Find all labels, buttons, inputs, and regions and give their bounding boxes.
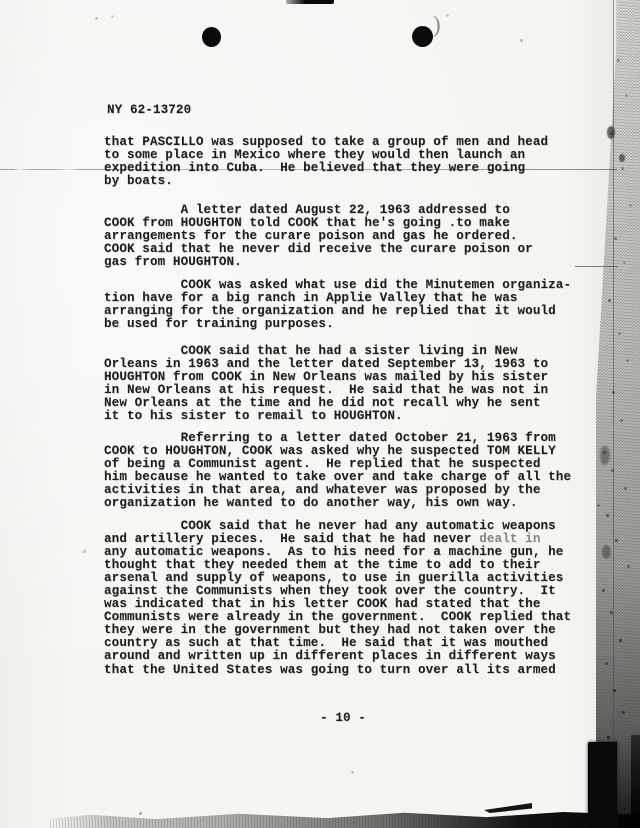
bottom-right-edge-ink bbox=[631, 735, 640, 828]
body-paragraph: that PASCILLO was supposed to take a gro… bbox=[104, 136, 548, 188]
scan-speckles bbox=[0, 0, 1, 1]
ink-smudge bbox=[600, 446, 610, 465]
ink-smudge bbox=[602, 545, 611, 559]
corner-ink-blob bbox=[588, 742, 617, 828]
case-number: NY 62-13720 bbox=[107, 104, 191, 117]
ink-wedge-mark bbox=[484, 803, 532, 813]
ink-smudge bbox=[619, 154, 625, 162]
scanned-document-page: ) NY 62-13720 that PASCILLO was supposed… bbox=[0, 0, 640, 828]
ink-smudge bbox=[607, 126, 615, 139]
top-edge-ink-mark bbox=[286, 0, 334, 4]
hole-punch-mark-right bbox=[412, 26, 433, 47]
body-paragraph: COOK said that he had a sister living in… bbox=[104, 345, 548, 423]
body-paragraph: A letter dated August 22, 1963 addressed… bbox=[104, 204, 533, 269]
page-edge-line bbox=[613, 0, 614, 828]
body-paragraph: COOK was asked what use did the Minuteme… bbox=[104, 279, 571, 331]
bottom-smudge-band bbox=[50, 811, 640, 828]
body-paragraph: COOK said that he never had any automati… bbox=[104, 520, 571, 677]
body-paragraph: Referring to a letter dated October 21, … bbox=[104, 432, 571, 510]
page-number: - 10 - bbox=[320, 712, 366, 725]
paren-artifact: ) bbox=[433, 12, 441, 38]
right-edge-noise-band bbox=[596, 0, 640, 828]
paragraph-text: any automatic weapons. As to his need fo… bbox=[104, 545, 571, 676]
hole-punch-mark-left bbox=[202, 27, 221, 47]
faded-overstruck-text: dealt in bbox=[479, 532, 540, 546]
